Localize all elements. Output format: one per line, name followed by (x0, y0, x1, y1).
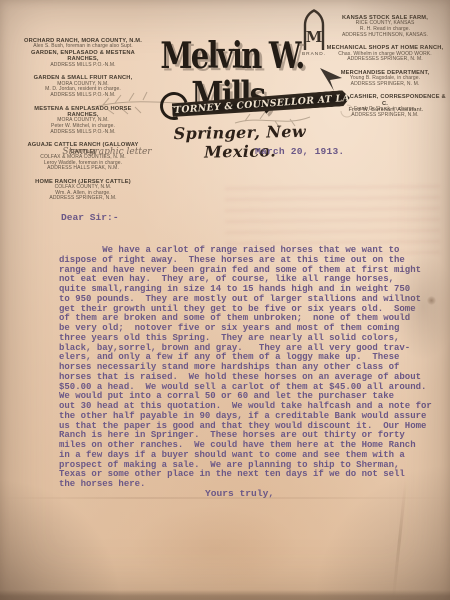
ranch-block: HOME RANCH (JERSEY CATTLE)COLFAX COUNTY,… (18, 179, 148, 202)
ranch-block-line: ADDRESS HUTCHINSON, KANSAS. (322, 33, 448, 39)
stain-bottom (130, 505, 300, 590)
ranch-block-line: ADDRESSES SPRINGER, N. M. (322, 57, 448, 63)
ranch-block-line: ADDRESS SPRINGER, N.M. (18, 196, 148, 202)
paper-crease-horizontal (0, 497, 450, 499)
ranch-block-line: ADDRESS MILLS P.O.-N.M. (18, 130, 148, 136)
letter-page: ORCHARD RANCH, MORA COUNTY, N.M.Alex S. … (0, 0, 450, 600)
stain-right-edge (388, 252, 450, 362)
stain-spot (427, 296, 436, 305)
letter-date: March 20, 1913. (255, 146, 344, 157)
ranch-block: KANSAS STOCK SALE FARM,RICE COUNTY, KANS… (322, 15, 448, 38)
ranch-block-line: ADDRESS SPRINGER, N.M. (322, 113, 448, 119)
salutation: Dear Sir:- (61, 212, 119, 223)
ranch-block-line: ADDRESS HALLS PEAK, N.M. (18, 166, 148, 172)
ranch-block: MECHANICAL SHOPS AT HOME RANCH,Chas. Wil… (322, 45, 448, 63)
assistant-line: Fred W. Burkhart, Assistant. (330, 107, 442, 113)
